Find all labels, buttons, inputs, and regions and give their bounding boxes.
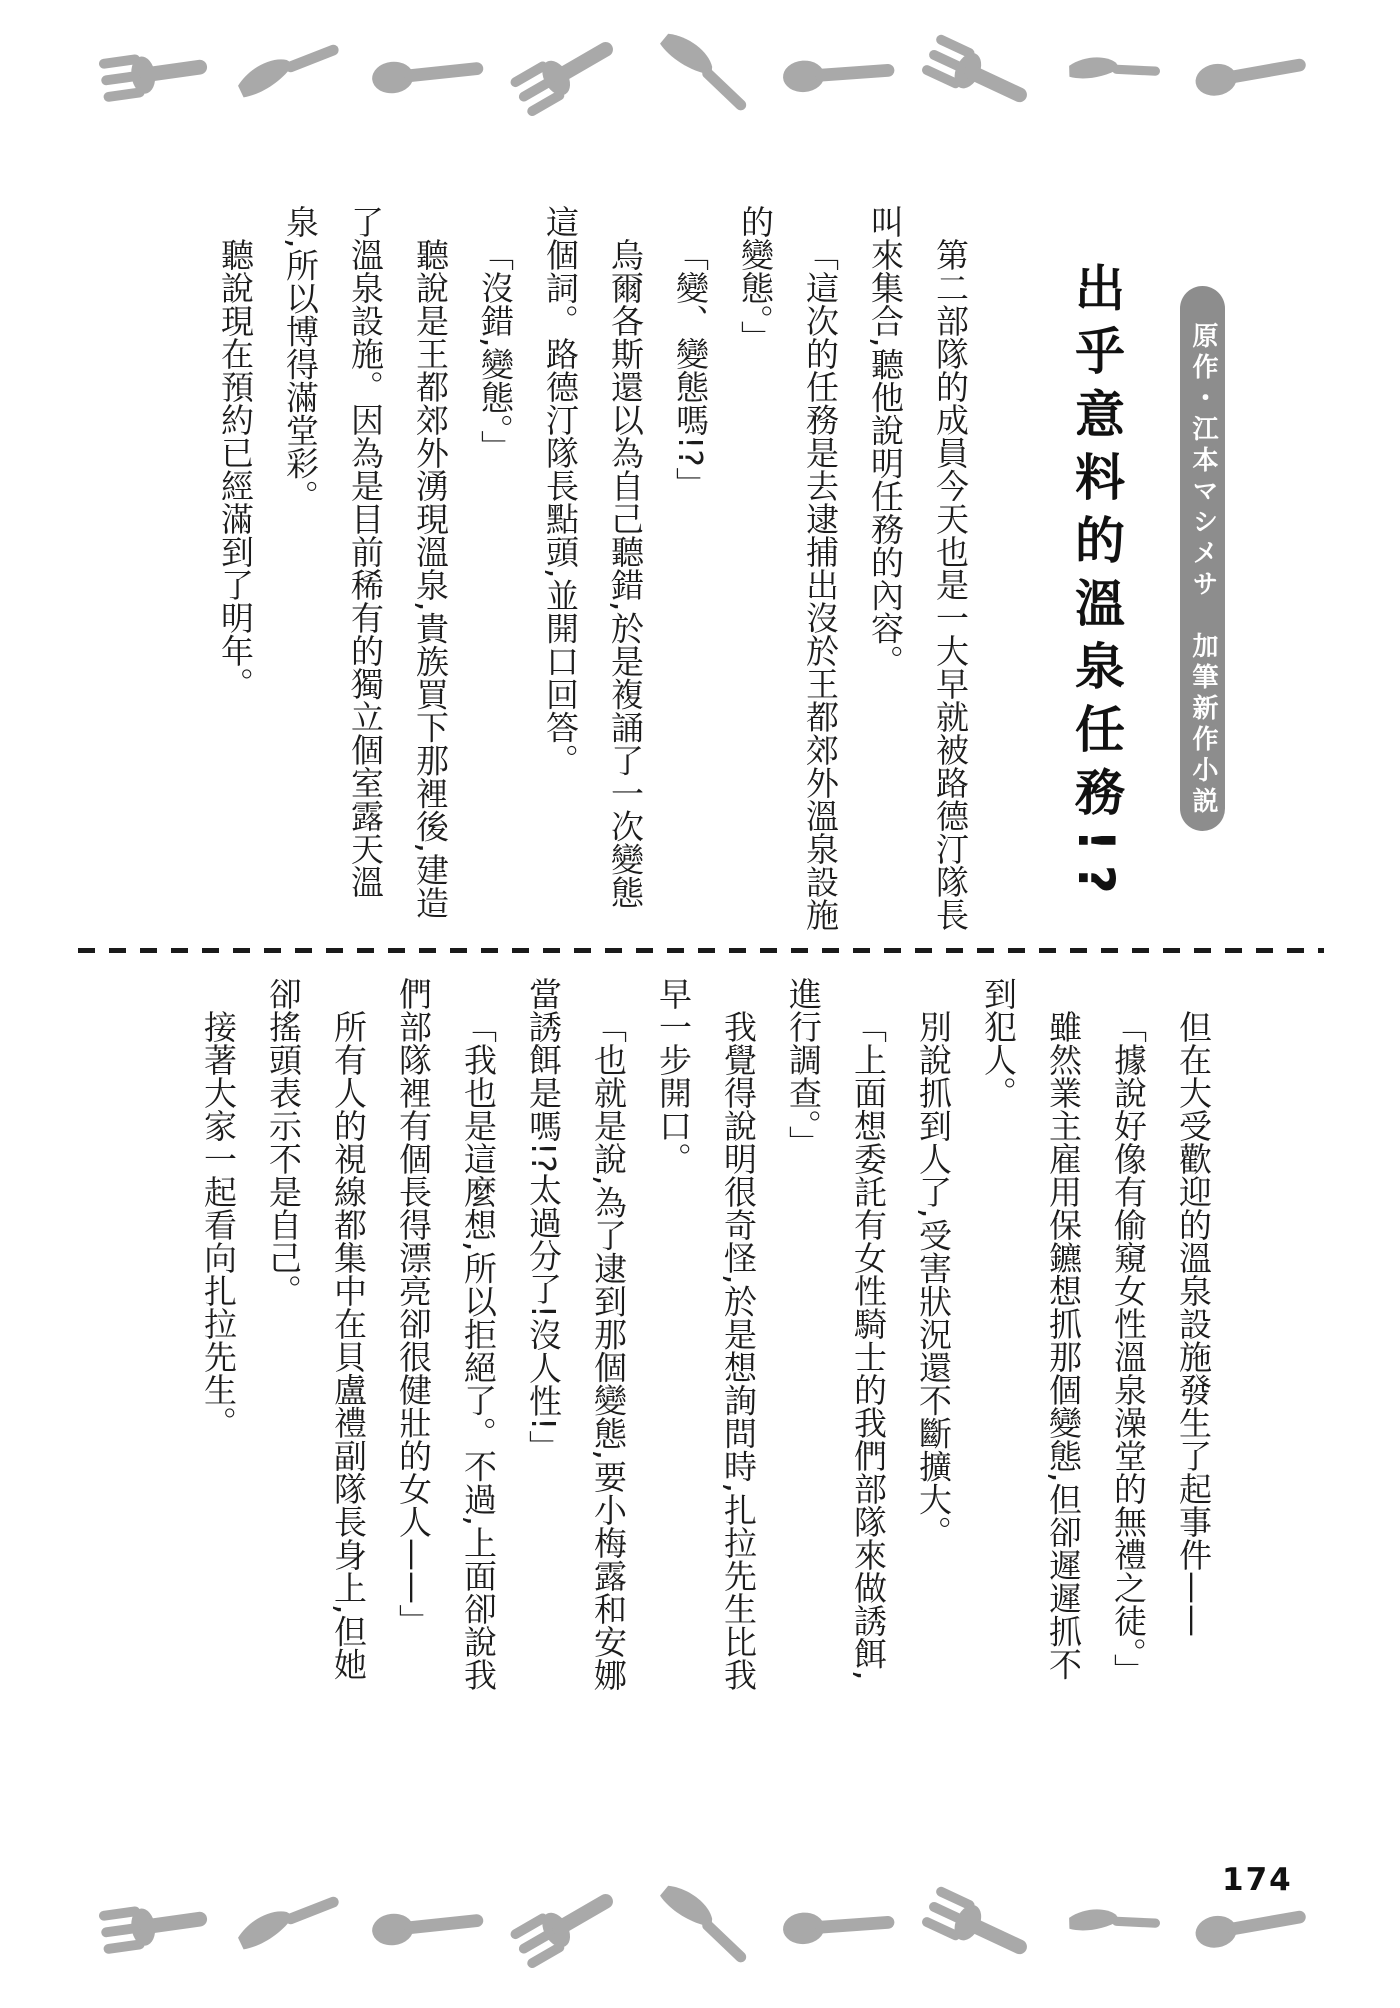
novel-paragraph: 聽說現在預約已經滿到了明年。 — [203, 205, 268, 932]
spoon-icon — [1186, 36, 1312, 112]
fork-icon — [89, 38, 214, 110]
novel-text-bottom: 但在大受歡迎的溫泉設施發生了起事件—— 「據說好像有偷窺女性溫泉澡堂的無禮之徒。… — [186, 977, 1226, 1704]
novel-paragraph: 雖然業主雇用保鑣想抓那個變態,但卻遲遲抓不到犯人。 — [966, 977, 1096, 1704]
spoon-icon — [776, 42, 898, 106]
novel-paragraph: 第二部隊的成員今天也是一大早就被路德汀隊長叫來集合,聽他說明任務的內容。 — [853, 205, 983, 932]
novel-paragraph: 「這次的任務是去逮捕出沒於王都郊外溫泉設施的變態。」 — [723, 205, 853, 932]
fork-icon — [909, 1876, 1040, 1977]
novel-paragraph: 所有人的視線都集中在貝盧禮副隊長身上,但她卻搖頭表示不是自己。 — [251, 977, 381, 1704]
credit-badge: 原作・江本マシメサ 加筆新作小説 — [1180, 286, 1225, 831]
spoon-icon — [364, 40, 487, 108]
knife-icon — [1059, 1897, 1164, 1955]
novel-text-top: 第二部隊的成員今天也是一大早就被路德汀隊長叫來集合,聽他說明任務的內容。 「這次… — [203, 205, 983, 932]
knife-icon — [223, 20, 353, 127]
novel-paragraph: 「變、變態嗎!?」 — [658, 205, 723, 932]
novel-paragraph: 烏爾各斯還以為自己聽錯,於是複誦了一次變態這個詞。路德汀隊長點頭,並開口回答。 — [528, 205, 658, 932]
fork-icon — [89, 1890, 214, 1962]
novel-paragraph: 「也就是說,為了逮到那個變態,要小梅露和安娜當誘餌是嗎!?太過分了!沒人性!」 — [511, 977, 641, 1704]
novel-paragraph: 我覺得說明很奇怪,於是想詢問時,扎拉先生比我早一步開口。 — [641, 977, 771, 1704]
fork-icon — [909, 24, 1040, 125]
knife-icon — [223, 1872, 353, 1979]
novel-paragraph: 接著大家一起看向扎拉先生。 — [186, 977, 251, 1704]
novel-paragraph: 但在大受歡迎的溫泉設施發生了起事件—— — [1161, 977, 1226, 1704]
spoon-icon — [364, 1892, 487, 1960]
novel-paragraph: 聽說是王都郊外湧現溫泉,貴族買下那裡後,建造了溫泉設施。因為是目前稀有的獨立個室… — [268, 205, 463, 932]
section-divider — [78, 948, 1324, 953]
spoon-icon — [776, 1894, 898, 1958]
knife-icon — [1059, 45, 1164, 103]
fork-icon — [498, 1872, 628, 1979]
cutlery-border-top — [0, 44, 1400, 104]
fork-icon — [498, 20, 628, 127]
novel-paragraph: 別說抓到人了,受害狀況還不斷擴大。 — [901, 977, 966, 1704]
novel-paragraph: 「我也是這麼想,所以拒絕了。不過,上面卻說我們部隊裡有個長得漂亮卻很健壯的女人—… — [381, 977, 511, 1704]
spoon-icon — [1186, 1888, 1312, 1964]
knife-icon — [636, 17, 765, 131]
knife-icon — [636, 1869, 765, 1983]
cutlery-border-bottom — [0, 1896, 1400, 1956]
novel-paragraph: 「沒錯,變態。」 — [463, 205, 528, 932]
novel-paragraph: 「上面想委託有女性騎士的我們部隊來做誘餌,進行調查。」 — [771, 977, 901, 1704]
credit-badge-label: 原作・江本マシメサ 加筆新作小説 — [1188, 322, 1218, 818]
book-page: { "badge": { "text": "原作・江本マシメサ 加筆新作小説" … — [0, 0, 1400, 2008]
novel-paragraph: 「據說好像有偷窺女性溫泉澡堂的無禮之徒。」 — [1096, 977, 1161, 1704]
story-title: 出乎意料的溫泉任務!? — [1062, 262, 1130, 922]
